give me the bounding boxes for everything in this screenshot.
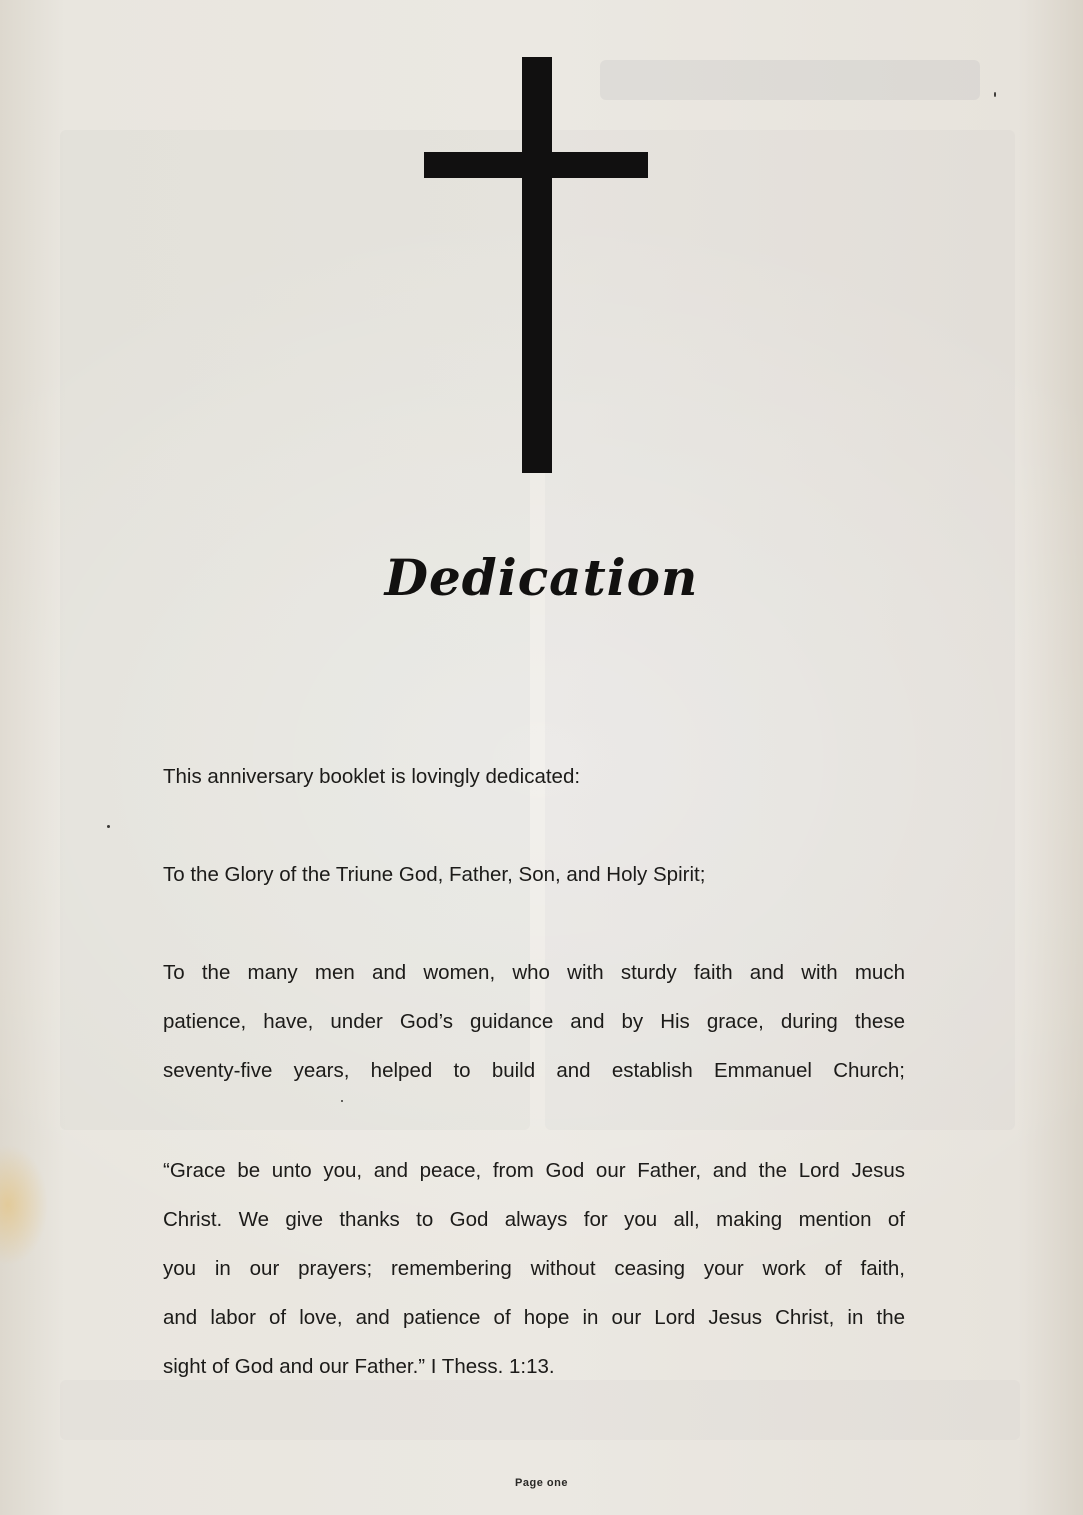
- text-line: This anniversary booklet is lovingly ded…: [163, 752, 905, 801]
- paper-speck: [107, 825, 110, 828]
- dedication-intro: This anniversary booklet is lovingly ded…: [163, 752, 905, 801]
- paper-speck: [994, 92, 996, 97]
- cross-icon: [424, 57, 648, 473]
- text-line: Christ. We give thanks to God always for…: [163, 1195, 905, 1244]
- page-title: Dedication: [0, 548, 1083, 607]
- bleed-through-heading: [600, 60, 980, 100]
- text-line: and labor of love, and patience of hope …: [163, 1293, 905, 1342]
- paper-speck: [341, 1100, 343, 1102]
- text-line: sight of God and our Father.” I Thess. 1…: [163, 1342, 905, 1391]
- text-line: seventy-five years, helped to build and …: [163, 1046, 905, 1095]
- scripture-quote: “Grace be unto you, and peace, from God …: [163, 1146, 905, 1391]
- page-number: Page one: [0, 1477, 1083, 1489]
- document-page: Dedication This anniversary booklet is l…: [0, 0, 1083, 1515]
- dedication-to-god: To the Glory of the Triune God, Father, …: [163, 850, 905, 899]
- text-line: you in our prayers; remembering without …: [163, 1244, 905, 1293]
- cross-horizontal-bar: [424, 152, 648, 178]
- text-line: “Grace be unto you, and peace, from God …: [163, 1146, 905, 1195]
- text-line: To the many men and women, who with stur…: [163, 948, 905, 997]
- cross-vertical-bar: [522, 57, 552, 473]
- dedication-to-members: To the many men and women, who with stur…: [163, 948, 905, 1095]
- text-line: To the Glory of the Triune God, Father, …: [163, 850, 905, 899]
- text-line: patience, have, under God’s guidance and…: [163, 997, 905, 1046]
